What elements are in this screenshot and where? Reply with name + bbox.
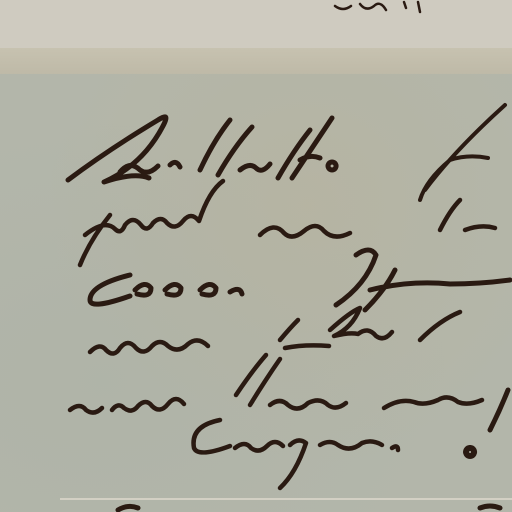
handwriting-ink: [0, 0, 512, 512]
